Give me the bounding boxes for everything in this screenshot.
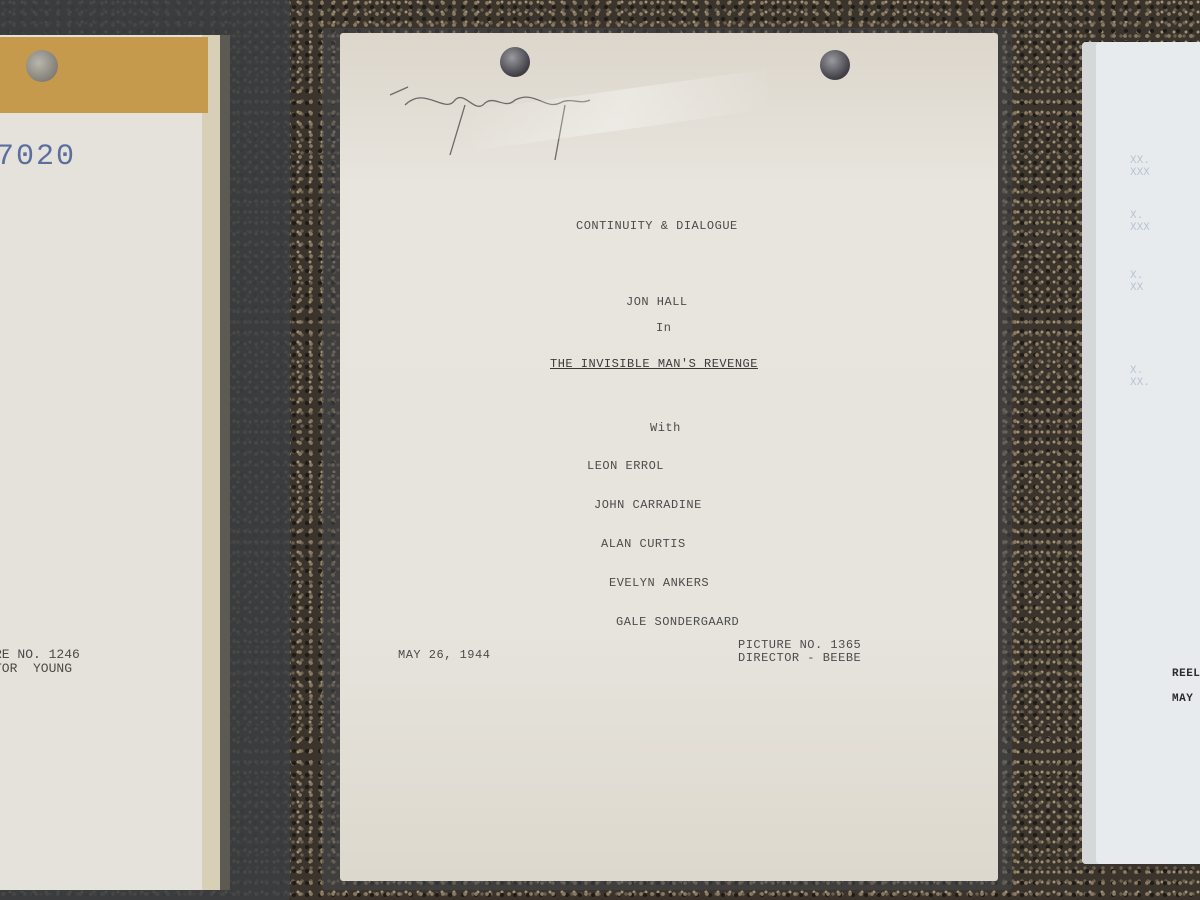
right-may-label: MAY [1172,693,1193,705]
rivet-icon [500,47,530,77]
cast-member: ALAN CURTIS [601,538,739,551]
script-date: MAY 26, 1944 [398,648,490,662]
film-title: THE INVISIBLE MAN'S REVENGE [550,357,758,371]
left-director-line: TOR YOUNG [0,661,72,676]
picture-info: PICTURE NO. 1365DIRECTOR - BEEBE [738,639,861,665]
in-word: In [656,321,671,335]
left-script-picture-info: RE NO. 1246 TOR YOUNG [0,648,80,676]
right-reel-label: REEL [1172,668,1200,680]
left-picture-line: RE NO. 1246 [0,647,80,662]
document-heading: CONTINUITY & DIALOGUE [576,219,738,233]
cast-member: JOHN CARRADINE [594,499,739,512]
star-name: JON HALL [626,295,688,309]
cast-member: GALE SONDERGAARD [616,616,739,629]
faint-typed-text: X. XXX [1130,210,1150,234]
rivet-icon [820,50,850,80]
cast-list: LEON ERROL JOHN CARRADINE ALAN CURTIS EV… [587,434,739,642]
cast-member: EVELYN ANKERS [609,577,739,590]
with-word: With [650,421,681,435]
faint-typed-text: X. XX. [1130,365,1150,389]
director: DIRECTOR - BEEBE [738,652,861,665]
left-script-number: 7020 [0,140,76,174]
handwritten-signature [385,75,605,165]
faint-typed-text: XX. XXX [1130,155,1150,179]
rivet-icon [26,50,58,82]
faint-typed-text: X. XX [1130,270,1143,294]
cast-member: LEON ERROL [587,460,739,473]
